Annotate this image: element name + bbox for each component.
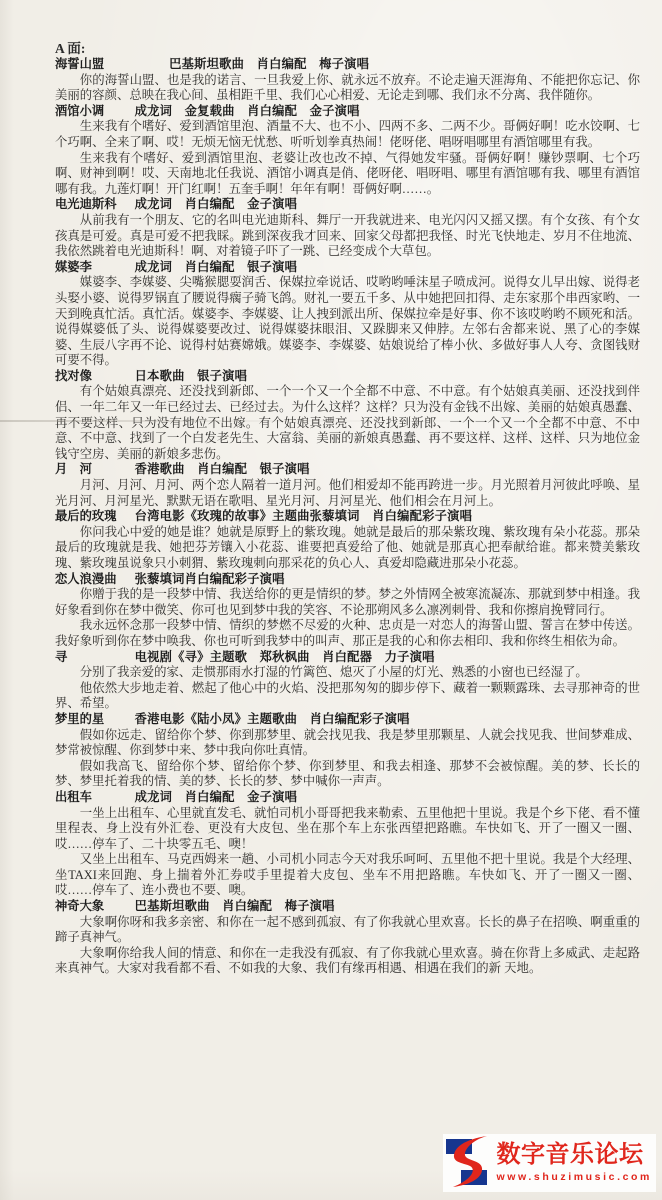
song-entry: 媒婆李 成龙词 肖白编配 银子演唱 媒婆李、李媒婆、尖嘴猴腮耍润舌、保媒拉牵说话… bbox=[55, 260, 640, 369]
song-credits: 巴基斯坦歌曲 肖白编配 梅子演唱 bbox=[135, 899, 335, 913]
song-title: 月 河 bbox=[55, 462, 131, 478]
song-credits: 巴基斯坦歌曲 肖白编配 梅子演唱 bbox=[169, 57, 369, 71]
song-header: 恋人浪漫曲 张藜填词肖白编配彩子演唱 bbox=[55, 572, 640, 588]
site-url: www.shuzimusic.com bbox=[496, 1171, 652, 1183]
song-credits: 电视剧《寻》主题歌 郑秋枫曲 肖白配器 力子演唱 bbox=[135, 650, 435, 664]
lyric-paragraph: 媒婆李、李媒婆、尖嘴猴腮耍润舌、保媒拉牵说话、哎哟哟唾沫星子喷成河。说得女儿早出… bbox=[55, 275, 640, 369]
song-title: 出租车 bbox=[55, 790, 131, 806]
lyric-paragraph: 你赠于我的是一段梦中情、我送给你的更是情织的梦。梦之外情网全被寒流凝冻、那就到梦… bbox=[55, 587, 640, 618]
lyrics-page: A 面: 海誓山盟 巴基斯坦歌曲 肖白编配 梅子演唱 你的海誓山盟、也是我的诺言… bbox=[0, 0, 662, 977]
song-credits: 香港电影《陆小凤》主题歌曲 肖白编配彩子演唱 bbox=[135, 712, 410, 726]
song-title: 恋人浪漫曲 bbox=[55, 572, 131, 588]
lyric-paragraph: 假如你远走、留给你个梦、你到那梦里、就会找见我、我是梦里那颗星、人就会找见我、世… bbox=[55, 728, 640, 759]
song-credits: 成龙词 肖白编配 金子演唱 bbox=[135, 197, 297, 211]
song-entry: 恋人浪漫曲 张藜填词肖白编配彩子演唱 你赠于我的是一段梦中情、我送给你的更是情织… bbox=[55, 572, 640, 650]
song-header: 月 河 香港歌曲 肖白编配 银子演唱 bbox=[55, 462, 640, 478]
song-entry: 找对像 日本歌曲 银子演唱 有个姑娘真漂亮、还没找到新郎、一个一个又一个全都不中… bbox=[55, 369, 640, 463]
song-header: 海誓山盟 巴基斯坦歌曲 肖白编配 梅子演唱 bbox=[55, 57, 640, 73]
lyric-paragraph: 我永远怀念那一段梦中情、情织的梦燃不尽爱的火种、忠贞是一对恋人的海誓山盟、誓言在… bbox=[55, 618, 640, 649]
lyric-paragraph: 你问我心中爱的她是谁？她就是原野上的紫玫瑰。她就是最后的那朵紫玫瑰、紫玫瑰有朵小… bbox=[55, 525, 640, 572]
song-header: 最后的玫瑰 台湾电影《玫瑰的故事》主题曲张藜填词 肖白编配彩子演唱 bbox=[55, 509, 640, 525]
song-credits: 日本歌曲 银子演唱 bbox=[135, 369, 247, 383]
song-credits: 成龙词 金复载曲 肖白编配 金子演唱 bbox=[135, 104, 360, 118]
song-header: 找对像 日本歌曲 银子演唱 bbox=[55, 369, 640, 385]
song-title: 媒婆李 bbox=[55, 260, 131, 276]
song-entry: 出租车 成龙词 肖白编配 金子演唱 一坐上出租车、心里就直发毛、就怕司机小哥哥把… bbox=[55, 790, 640, 899]
lyric-paragraph: 你的海誓山盟、也是我的诺言、一旦我爱上你、就永远不放弃。不论走遍天涯海角、不能把… bbox=[55, 73, 640, 104]
song-header: 神奇大象 巴基斯坦歌曲 肖白编配 梅子演唱 bbox=[55, 899, 640, 915]
song-credits: 张藜填词肖白编配彩子演唱 bbox=[135, 572, 285, 586]
lyric-paragraph: 一坐上出租车、心里就直发毛、就怕司机小哥哥把我来勒索、五里他把十里说。我是个乡下… bbox=[55, 806, 640, 853]
song-entry: 寻 电视剧《寻》主题歌 郑秋枫曲 肖白配器 力子演唱 分别了我亲爱的家、走惯那雨… bbox=[55, 650, 640, 712]
song-header: 酒馆小调 成龙词 金复载曲 肖白编配 金子演唱 bbox=[55, 104, 640, 120]
side-label: A 面: bbox=[55, 40, 640, 57]
song-entry: 酒馆小调 成龙词 金复载曲 肖白编配 金子演唱 生来我有个嗜好、爱到酒馆里泡、酒… bbox=[55, 104, 640, 198]
lyric-paragraph: 假如我高飞、留给你个梦、留给你个梦、你到梦里、和我去相逢、那梦不会被惊醒。美的梦… bbox=[55, 759, 640, 790]
lyric-paragraph: 他依然大步地走着、燃起了他心中的火焰、没把那匆匆的脚步停下、藏着一颗颗露珠、去寻… bbox=[55, 681, 640, 712]
song-credits: 台湾电影《玫瑰的故事》主题曲张藜填词 肖白编配彩子演唱 bbox=[135, 509, 472, 523]
site-name: 数字音乐论坛 bbox=[496, 1142, 652, 1168]
song-title: 神奇大象 bbox=[55, 899, 131, 915]
lyric-paragraph: 分别了我亲爱的家、走惯那雨水打湿的竹篱笆、熄灭了小屋的灯光、熟悉的小窗也已经湿了… bbox=[55, 665, 640, 681]
lyric-paragraph: 大象啊你呀和我多亲密、和你在一起不感到孤寂、有了你我就心里欢喜。长长的鼻子在招唤… bbox=[55, 915, 640, 946]
lyric-paragraph: 月河、月河、月河、两个恋人隔着一道月河。他们相爱却不能再跨进一步。月光照着月河彼… bbox=[55, 478, 640, 509]
lyric-paragraph: 又坐上出租车、马克西姆来一趟、小司机小同志今天对我乐呵呵、五里他不把十里说。我是… bbox=[55, 852, 640, 899]
site-name-and-url: 数字音乐论坛 www.shuzimusic.com bbox=[496, 1142, 652, 1183]
song-credits: 成龙词 肖白编配 银子演唱 bbox=[135, 260, 297, 274]
song-title: 海誓山盟 bbox=[55, 57, 166, 73]
song-entry: 月 河 香港歌曲 肖白编配 银子演唱 月河、月河、月河、两个恋人隔着一道月河。他… bbox=[55, 462, 640, 509]
song-credits: 成龙词 肖白编配 金子演唱 bbox=[135, 790, 297, 804]
song-header: 电光迪斯科 成龙词 肖白编配 金子演唱 bbox=[55, 197, 640, 213]
lyric-paragraph: 生来我有个嗜好、爱到酒馆里泡、酒量不大、也不小、四两不多、二两不少。哥俩好啊！吃… bbox=[55, 119, 640, 150]
song-title: 找对像 bbox=[55, 369, 131, 385]
song-entry: 海誓山盟 巴基斯坦歌曲 肖白编配 梅子演唱 你的海誓山盟、也是我的诺言、一旦我爱… bbox=[55, 57, 640, 104]
song-header: 寻 电视剧《寻》主题歌 郑秋枫曲 肖白配器 力子演唱 bbox=[55, 650, 640, 666]
song-credits: 香港歌曲 肖白编配 银子演唱 bbox=[135, 462, 310, 476]
song-entry: 电光迪斯科 成龙词 肖白编配 金子演唱 从前我有一个朋友、它的名叫电光迪斯科、舞… bbox=[55, 197, 640, 259]
site-watermark: 数字音乐论坛 www.shuzimusic.com bbox=[443, 1134, 656, 1192]
song-title: 寻 bbox=[55, 650, 131, 666]
lyric-paragraph: 从前我有一个朋友、它的名叫电光迪斯科、舞厅一开我就进来、电光闪闪又摇又摆。有个女… bbox=[55, 213, 640, 260]
song-header: 梦里的星 香港电影《陆小凤》主题歌曲 肖白编配彩子演唱 bbox=[55, 712, 640, 728]
song-entry: 神奇大象 巴基斯坦歌曲 肖白编配 梅子演唱 大象啊你呀和我多亲密、和你在一起不感… bbox=[55, 899, 640, 977]
lyric-paragraph: 生来我有个嗜好、爱到酒馆里泡、老婆让改也改不掉、气得她发牢骚。哥俩好啊！赚钞票啊… bbox=[55, 151, 640, 198]
song-title: 梦里的星 bbox=[55, 712, 131, 728]
song-entry: 最后的玫瑰 台湾电影《玫瑰的故事》主题曲张藜填词 肖白编配彩子演唱 你问我心中爱… bbox=[55, 509, 640, 571]
song-title: 酒馆小调 bbox=[55, 104, 131, 120]
song-header: 媒婆李 成龙词 肖白编配 银子演唱 bbox=[55, 260, 640, 276]
song-title: 最后的玫瑰 bbox=[55, 509, 131, 525]
shuzimusic-logo-icon bbox=[445, 1136, 489, 1188]
scan-fold-artifact bbox=[0, 420, 662, 422]
song-entry: 梦里的星 香港电影《陆小凤》主题歌曲 肖白编配彩子演唱 假如你远走、留给你个梦、… bbox=[55, 712, 640, 790]
song-title: 电光迪斯科 bbox=[55, 197, 131, 213]
lyric-paragraph: 大象啊你给我人间的情意、和你在一走我没有孤寂、有了你我就心里欢喜。骑在你背上多威… bbox=[55, 946, 640, 977]
song-header: 出租车 成龙词 肖白编配 金子演唱 bbox=[55, 790, 640, 806]
lyric-paragraph: 有个姑娘真漂亮、还没找到新郎、一个一个又一个全都不中意、不中意。有个姑娘真美丽、… bbox=[55, 384, 640, 462]
